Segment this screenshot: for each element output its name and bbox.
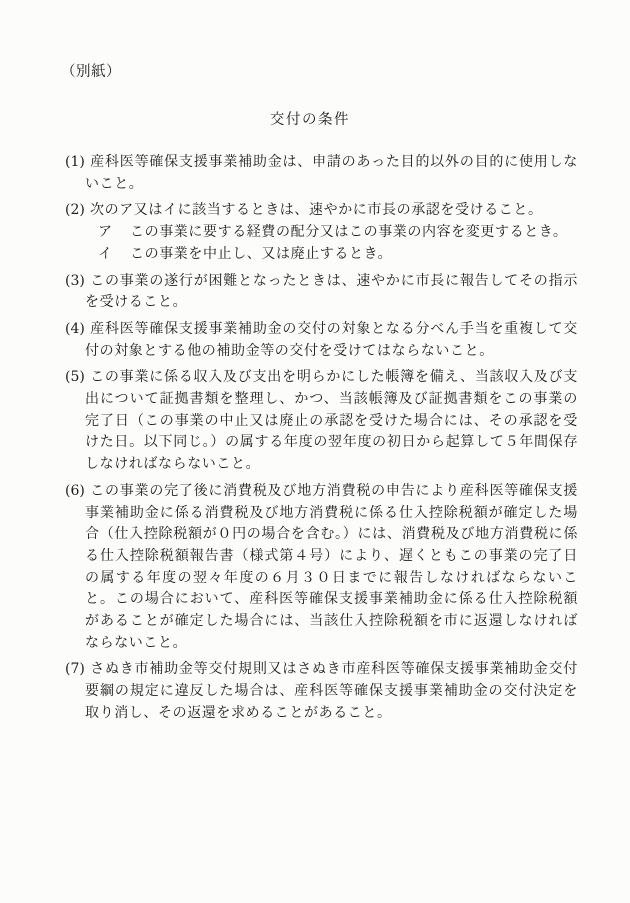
condition-number: (3) bbox=[65, 271, 90, 293]
page-title: 交付の条件 bbox=[0, 108, 620, 129]
condition-text: (7)さぬき市補助金等交付規則又はさぬき市産科医等確保支援事業補助金交付要綱の規… bbox=[65, 659, 578, 724]
condition-text: (2)次のア又はイに該当するときは、速やかに市長の承認を受けること。 bbox=[65, 200, 578, 222]
condition-number: (1) bbox=[65, 152, 90, 174]
condition-number: (4) bbox=[65, 319, 90, 341]
document-page: （別紙） 交付の条件 (1)産科医等確保支援事業補助金は、申請のあった目的以外の… bbox=[0, 0, 630, 903]
condition-text: (4)産科医等確保支援事業補助金の交付の対象となる分べん手当を重複して交付の対象… bbox=[65, 319, 578, 362]
condition-item: (4)産科医等確保支援事業補助金の交付の対象となる分べん手当を重複して交付の対象… bbox=[65, 319, 578, 362]
attachment-label: （別紙） bbox=[61, 60, 121, 81]
condition-subitem: アこの事業に要する経費の配分又はこの事業の内容を変更するとき。 bbox=[65, 222, 578, 244]
condition-item: (5)この事業に係る収入及び支出を明らかにした帳簿を備え、当該収入及び支出につい… bbox=[65, 367, 578, 476]
condition-item: (6)この事業の完了後に消費税及び地方消費税の申告により産科医等確保支援事業補助… bbox=[65, 481, 578, 655]
subitem-label: イ bbox=[98, 244, 130, 266]
subitem-label: ア bbox=[98, 222, 130, 244]
conditions-list: (1)産科医等確保支援事業補助金は、申請のあった目的以外の目的に使用しないこと。… bbox=[65, 152, 578, 730]
condition-number: (2) bbox=[65, 200, 90, 222]
condition-item: (3)この事業の遂行が困難となったときは、速やかに市長に報告してその指示を受ける… bbox=[65, 271, 578, 314]
condition-text: (5)この事業に係る収入及び支出を明らかにした帳簿を備え、当該収入及び支出につい… bbox=[65, 367, 578, 476]
condition-text: (3)この事業の遂行が困難となったときは、速やかに市長に報告してその指示を受ける… bbox=[65, 271, 578, 314]
condition-number: (5) bbox=[65, 367, 90, 389]
condition-item: (1)産科医等確保支援事業補助金は、申請のあった目的以外の目的に使用しないこと。 bbox=[65, 152, 578, 195]
condition-text: (1)産科医等確保支援事業補助金は、申請のあった目的以外の目的に使用しないこと。 bbox=[65, 152, 578, 195]
condition-text: (6)この事業の完了後に消費税及び地方消費税の申告により産科医等確保支援事業補助… bbox=[65, 481, 578, 655]
condition-item: (2)次のア又はイに該当するときは、速やかに市長の承認を受けること。アこの事業に… bbox=[65, 200, 578, 265]
condition-number: (7) bbox=[65, 659, 90, 681]
condition-subitem: イこの事業を中止し、又は廃止するとき。 bbox=[65, 244, 578, 266]
condition-item: (7)さぬき市補助金等交付規則又はさぬき市産科医等確保支援事業補助金交付要綱の規… bbox=[65, 659, 578, 724]
condition-number: (6) bbox=[65, 481, 90, 503]
